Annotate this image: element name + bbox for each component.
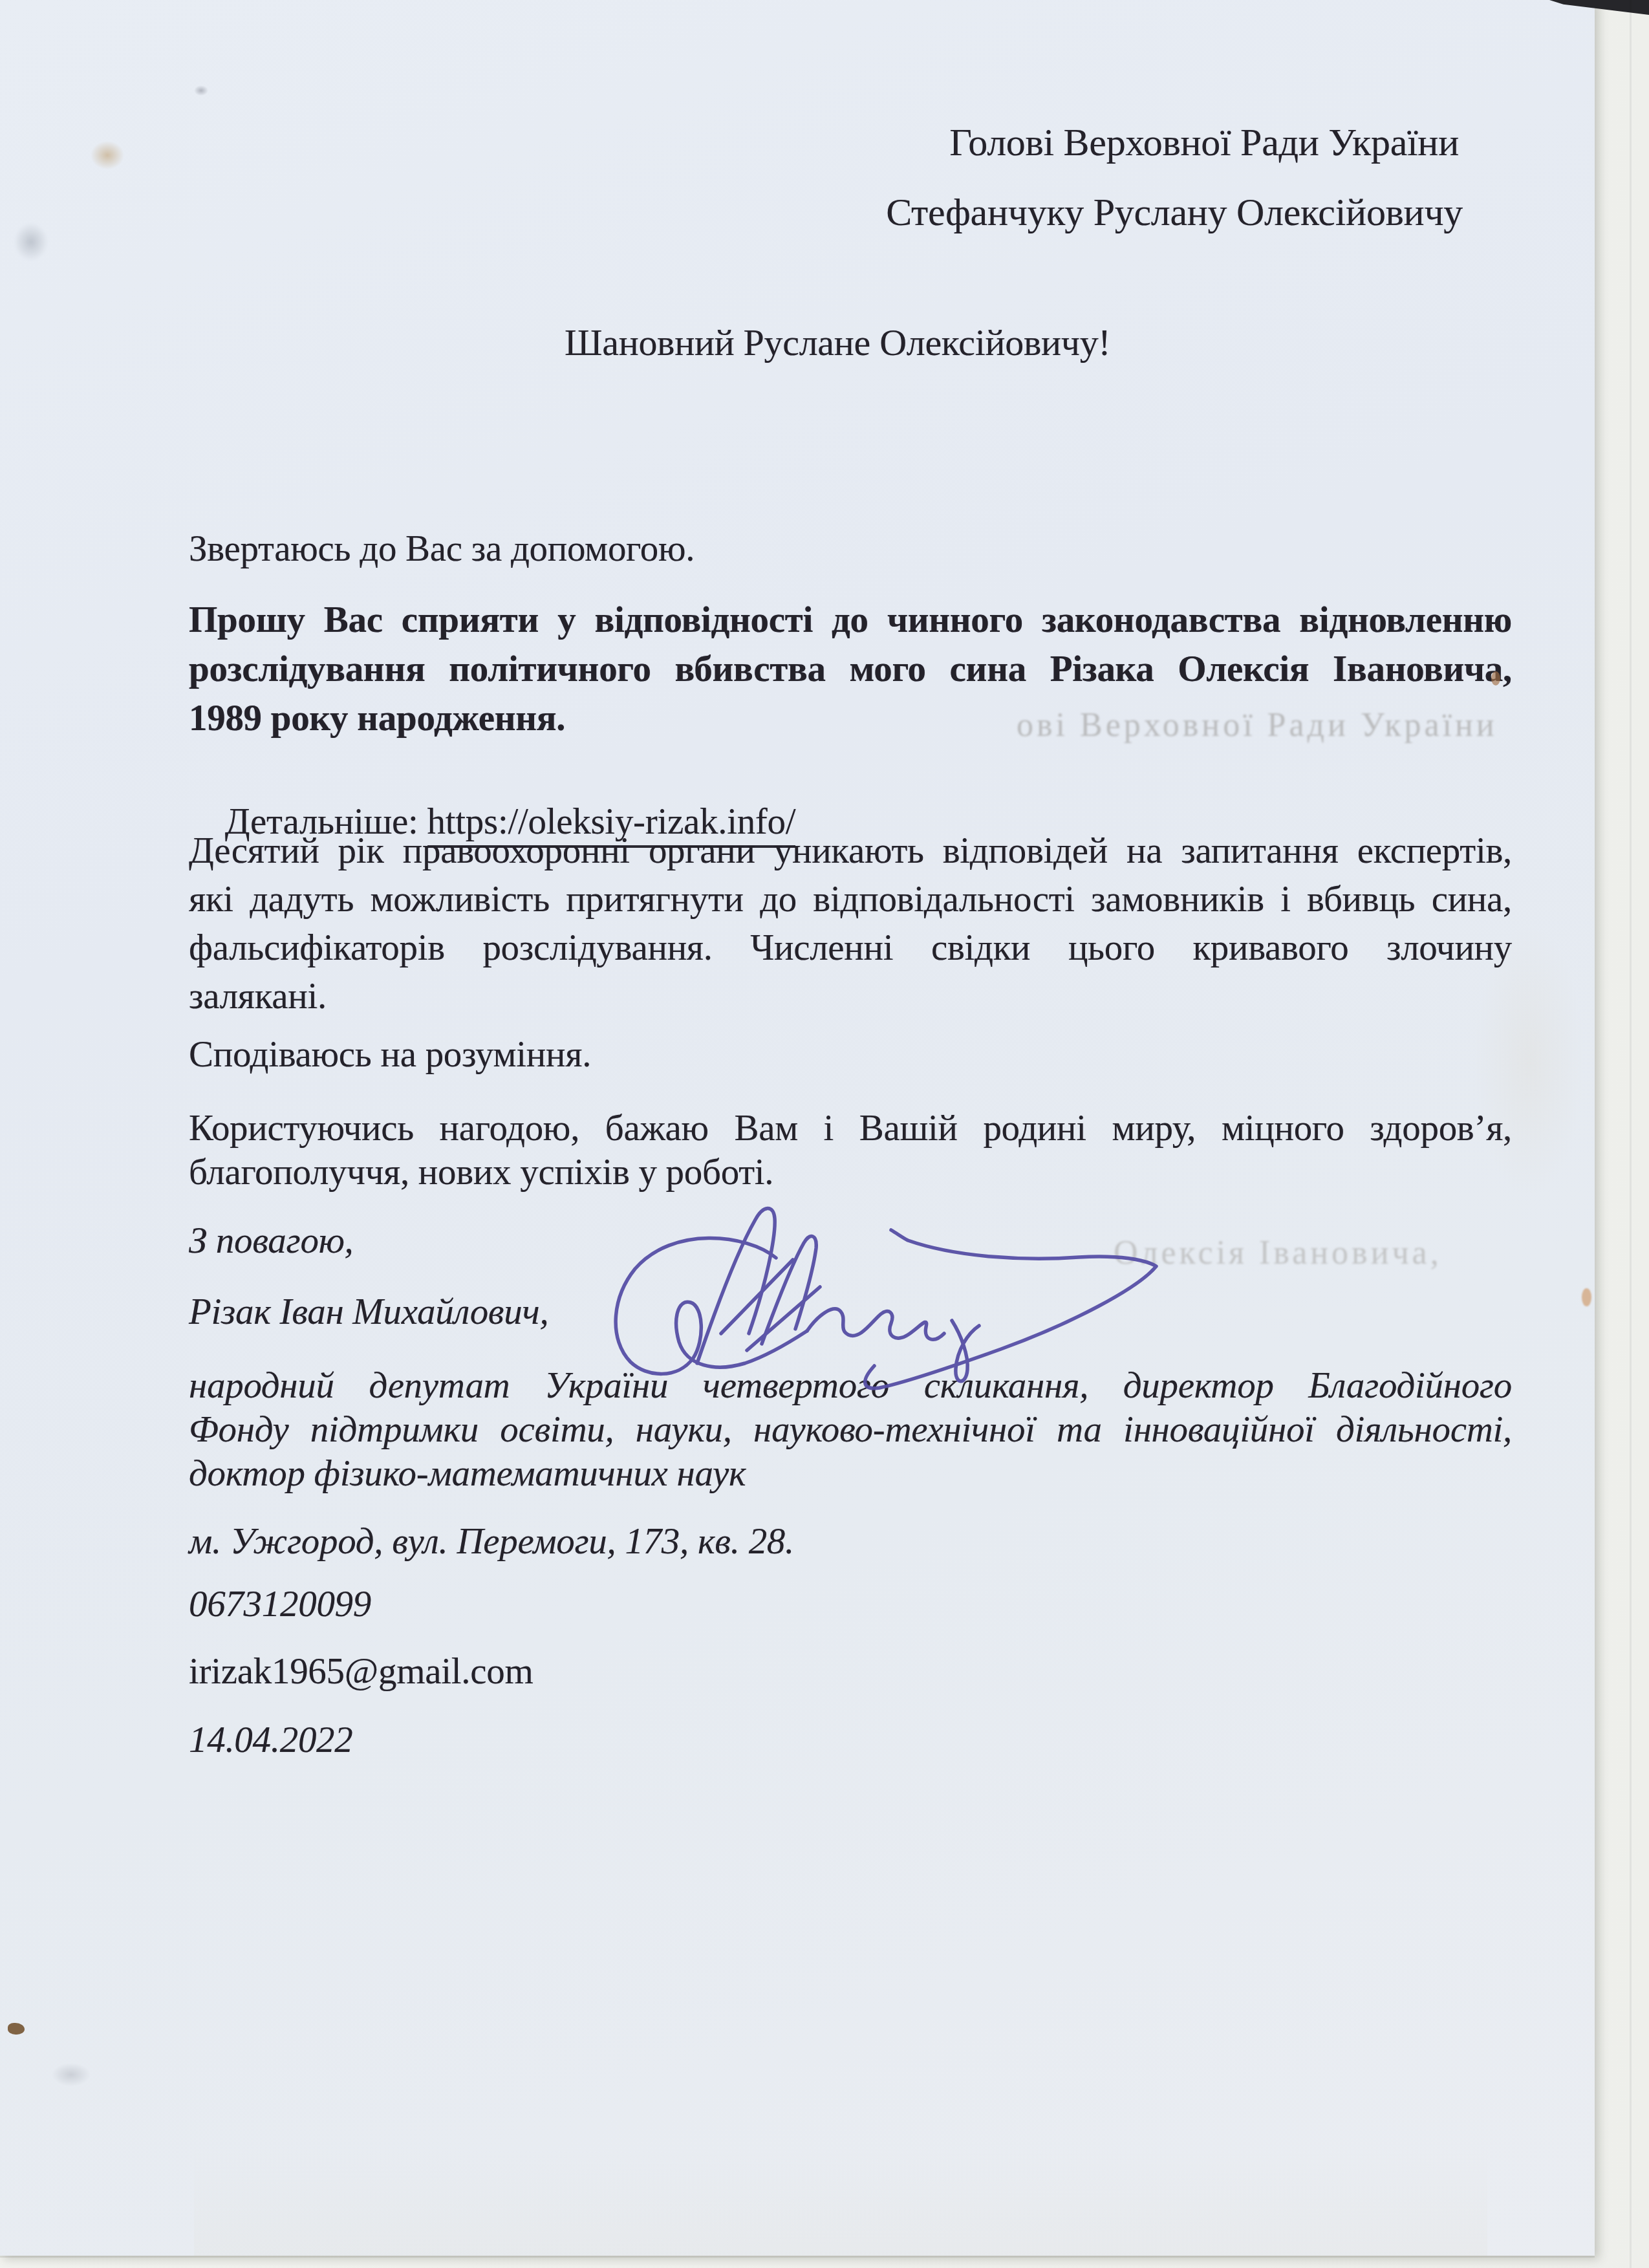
paper-stain (194, 2147, 1487, 2257)
paragraph-hope: Сподіваюсь на розуміння. (189, 1033, 591, 1075)
ghost-bleedthrough-header: ові Верховної Ради України (1017, 706, 1498, 744)
paragraph-request-line: розслідування політичного вбивства мого … (189, 645, 1512, 694)
paragraph-wishes: Користуючись нагодою, бажаю Вам і Вашій … (189, 1107, 1512, 1194)
paper-bottom-edge (0, 2256, 1595, 2258)
paragraph-ten-years-line: Десятий рік правоохоронні органи уникают… (189, 826, 1512, 875)
paragraph-ten-years-line: які дадуть можливість притягнути до відп… (189, 875, 1512, 923)
scanner-edge-line (1630, 0, 1632, 2268)
paragraph-ten-years-line: фальсифікаторів розслідування. Численні … (189, 923, 1512, 972)
signature-ink (582, 1182, 1203, 1428)
paper-stain (91, 141, 124, 169)
signer-name: Різак Іван Михайлович, (189, 1291, 548, 1333)
greeting-line: Шановний Руслане Олексійовичу! (565, 321, 1110, 364)
paper-smudge (52, 2063, 91, 2086)
signer-address: м. Ужгород, вул. Перемоги, 173, кв. 28. (189, 1520, 794, 1562)
paper-speck (194, 85, 208, 96)
paragraph-request-line: Прошу Вас сприяти у відповідності до чин… (189, 596, 1512, 645)
paper-speck (1491, 671, 1500, 686)
paragraph-wishes-line: Користуючись нагодою, бажаю Вам і Вашій … (189, 1107, 1512, 1150)
paper-speck (1582, 1288, 1591, 1306)
recipient-line-1: Голові Верховної Ради України (949, 120, 1459, 165)
signer-phone: 0673120099 (189, 1583, 371, 1625)
paper-speck (8, 2023, 25, 2035)
paragraph-appeal: Звертаюсь до Вас за допомогою. (189, 528, 695, 570)
signer-email: irizak1965@gmail.com (189, 1650, 533, 1692)
recipient-line-2: Стефанчуку Руслану Олексійовичу (886, 190, 1463, 235)
letter-date: 14.04.2022 (189, 1719, 353, 1761)
letter-paper-sheet: Голові Верховної Ради України Стефанчуку… (0, 0, 1595, 2256)
paragraph-ten-years-line: залякані. (189, 972, 1512, 1021)
valediction-line: З повагою, (189, 1220, 354, 1262)
scanned-letter-page: { "recipient": { "line1": "Голові Верхов… (0, 0, 1649, 2268)
paper-smudge (14, 223, 48, 261)
signer-title-line: доктор фізико-математичних наук (189, 1452, 1512, 1496)
paragraph-ten-years: Десятий рік правоохоронні органи уникают… (189, 826, 1512, 1021)
